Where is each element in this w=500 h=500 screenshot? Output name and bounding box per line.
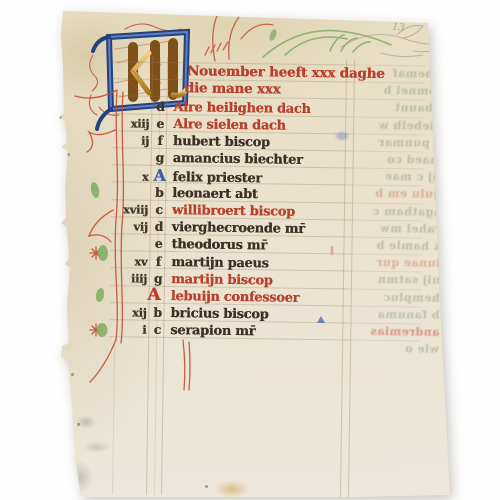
blue-paraph-mark — [317, 316, 325, 323]
manuscript-leaf: 13 — [55, 5, 455, 497]
golden-number — [109, 248, 147, 249]
bleed-through-line: iij c mae — [349, 169, 441, 187]
ruled-text-area: Nouember heeft xxx daghedie mane xxxdAlr… — [49, 3, 456, 500]
golden-number: i — [108, 322, 146, 340]
golden-number: ij — [111, 132, 149, 150]
golden-number — [111, 110, 149, 111]
dominical-letter: g — [149, 149, 171, 166]
dominical-letter: e — [147, 235, 169, 252]
golden-number: xiij — [111, 115, 149, 133]
red-bleed-tick — [331, 246, 333, 255]
bleed-through-line: b punmar — [350, 134, 442, 152]
row-indent — [53, 179, 110, 180]
row-indent — [54, 126, 111, 127]
bleed-through-line: uij satmn — [348, 272, 440, 290]
row-indent — [54, 161, 111, 162]
bleed-through-line: x hamle b — [348, 238, 440, 256]
bleed-through-line: wbemaf — [351, 66, 443, 84]
dominical-letter: c — [148, 201, 170, 218]
golden-number: xviij — [110, 201, 148, 219]
row-indent — [51, 333, 108, 334]
bleed-through-line: andremias — [347, 324, 439, 342]
dominical-letter-lombard: a — [148, 166, 170, 183]
bleed-through-line: agatham c — [349, 203, 441, 221]
dominical-letter: d — [149, 98, 171, 115]
bleed-through-line: gulu em b — [349, 186, 441, 204]
bleed-through-line: wle o — [347, 341, 439, 359]
photograph-background: 13 — [0, 0, 500, 500]
dominical-letter: b — [146, 304, 168, 321]
dominical-letter: c — [146, 321, 168, 338]
golden-number: vij — [110, 218, 148, 236]
row-indent — [52, 264, 109, 265]
row-indent — [54, 109, 111, 110]
bleed-through-line: lunae qur — [348, 255, 440, 273]
row-indent — [53, 230, 110, 231]
leaf-shadow: 13 — [0, 0, 500, 500]
dominical-letter: f — [149, 132, 171, 149]
dominical-letter: b — [148, 184, 170, 201]
blue-bleed-smudge — [336, 132, 348, 140]
golden-number — [111, 162, 149, 163]
feast-name: serapion mr̄ — [170, 322, 255, 340]
ruling-line-vertical — [112, 339, 115, 494]
bleed-through-line: diebelh w — [350, 117, 442, 135]
bleed-through-line: f baunt — [350, 100, 442, 118]
golden-number — [110, 196, 148, 197]
dominical-letter-lombard: a — [139, 287, 169, 304]
golden-number: xij — [108, 304, 146, 322]
dominical-letter: e — [149, 115, 171, 132]
bleed-through-line: romnei b — [351, 83, 443, 101]
dominical-letter: d — [148, 218, 170, 235]
bleed-through-line: hempluc — [348, 289, 440, 307]
row-indent — [53, 212, 110, 213]
bleed-through-line: rahel mw — [349, 220, 441, 238]
bleed-through-line: b fanuma — [347, 306, 439, 324]
golden-number: iiij — [109, 270, 147, 288]
row-indent — [52, 281, 109, 282]
moon-count-line: die mane xxx — [185, 80, 281, 99]
parchment-speck — [63, 231, 66, 234]
row-indent — [53, 195, 110, 196]
row-indent — [54, 144, 111, 145]
row-indent — [52, 247, 109, 248]
golden-number: xv — [109, 253, 147, 271]
dominical-letter: f — [147, 252, 169, 269]
bleed-through-line: maed co — [350, 152, 442, 170]
row-indent — [52, 298, 109, 299]
row-indent — [51, 316, 108, 317]
